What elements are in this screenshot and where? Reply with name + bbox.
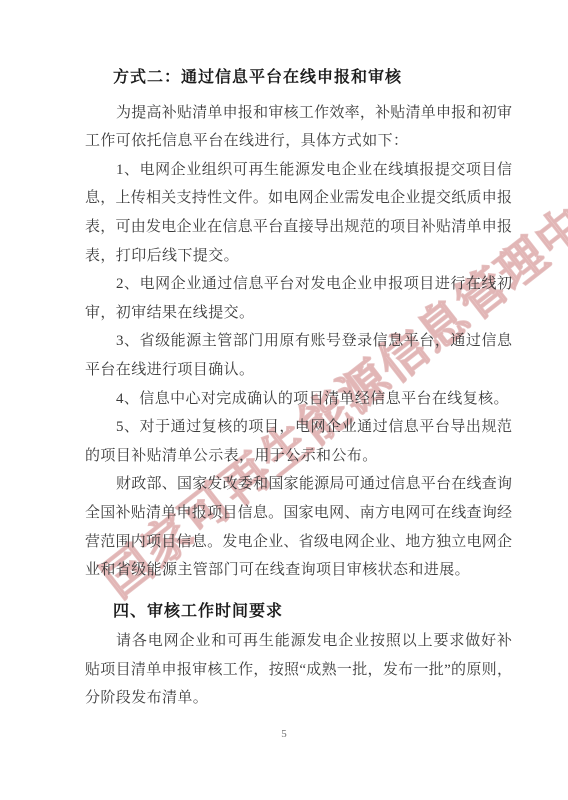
paragraph: 财政部、国家发改委和国家能源局可通过信息平台在线查询全国补贴清单申报项目信息。国… bbox=[85, 470, 512, 584]
paragraph: 4、信息中心对完成确认的项目清单经信息平台在线复核。 bbox=[85, 385, 512, 414]
text-line: 息，上传相关支持性文件。如电网企业需发电企业提交纸质申报 bbox=[85, 184, 512, 213]
text-line: 审，初审结果在线提交。 bbox=[85, 299, 512, 328]
text-line: 分阶段发布清单。 bbox=[85, 684, 512, 713]
text-line: 3、省级能源主管部门用原有账号登录信息平台，通过信息 bbox=[85, 327, 512, 356]
text-line: 1、电网企业组织可再生能源发电企业在线填报提交项目信 bbox=[85, 156, 512, 185]
text-line: 工作可依托信息平台在线进行，具体方式如下： bbox=[85, 127, 512, 156]
paragraph: 1、电网企业组织可再生能源发电企业在线填报提交项目信息，上传相关支持性文件。如电… bbox=[85, 156, 512, 270]
text-line: 请各电网企业和可再生能源发电企业按照以上要求做好补 bbox=[85, 627, 512, 656]
paragraph: 5、对于通过复核的项目，电网企业通过信息平台导出规范的项目补贴清单公示表，用于公… bbox=[85, 413, 512, 470]
page-number: 5 bbox=[0, 728, 568, 740]
text-line: 4、信息中心对完成确认的项目清单经信息平台在线复核。 bbox=[85, 385, 512, 414]
document-page: 国家可再生能源信息管理中心 方式二：通过信息平台在线申报和审核为提高补贴清单申报… bbox=[0, 0, 568, 800]
text-line: 表，可由发电企业在信息平台直接导出规范的项目补贴清单申报 bbox=[85, 213, 512, 242]
text-line: 财政部、国家发改委和国家能源局可通过信息平台在线查询 bbox=[85, 470, 512, 499]
paragraph: 为提高补贴清单申报和审核工作效率，补贴清单申报和初审工作可依托信息平台在线进行，… bbox=[85, 99, 512, 156]
text-line: 的项目补贴清单公示表，用于公示和公布。 bbox=[85, 442, 512, 471]
text-line: 5、对于通过复核的项目，电网企业通过信息平台导出规范 bbox=[85, 413, 512, 442]
text-line: 业和省级能源主管部门可在线查询项目审核状态和进展。 bbox=[85, 556, 512, 585]
paragraph: 请各电网企业和可再生能源发电企业按照以上要求做好补贴项目清单申报审核工作，按照“… bbox=[85, 627, 512, 713]
text-line: 表，打印后线下提交。 bbox=[85, 242, 512, 271]
text-line: 2、电网企业通过信息平台对发电企业申报项目进行在线初 bbox=[85, 270, 512, 299]
paragraph: 2、电网企业通过信息平台对发电企业申报项目进行在线初审，初审结果在线提交。 bbox=[85, 270, 512, 327]
section-heading: 方式二：通过信息平台在线申报和审核 bbox=[85, 64, 512, 93]
text-line: 贴项目清单申报审核工作，按照“成熟一批，发布一批”的原则， bbox=[85, 656, 512, 685]
document-body: 方式二：通过信息平台在线申报和审核为提高补贴清单申报和审核工作效率，补贴清单申报… bbox=[85, 64, 512, 713]
section-heading: 四、审核工作时间要求 bbox=[85, 598, 512, 627]
paragraph: 3、省级能源主管部门用原有账号登录信息平台，通过信息平台在线进行项目确认。 bbox=[85, 327, 512, 384]
text-line: 平台在线进行项目确认。 bbox=[85, 356, 512, 385]
text-line: 全国补贴清单申报项目信息。国家电网、南方电网可在线查询经 bbox=[85, 499, 512, 528]
text-line: 营范围内项目信息。发电企业、省级电网企业、地方独立电网企 bbox=[85, 528, 512, 557]
text-line: 为提高补贴清单申报和审核工作效率，补贴清单申报和初审 bbox=[85, 99, 512, 128]
